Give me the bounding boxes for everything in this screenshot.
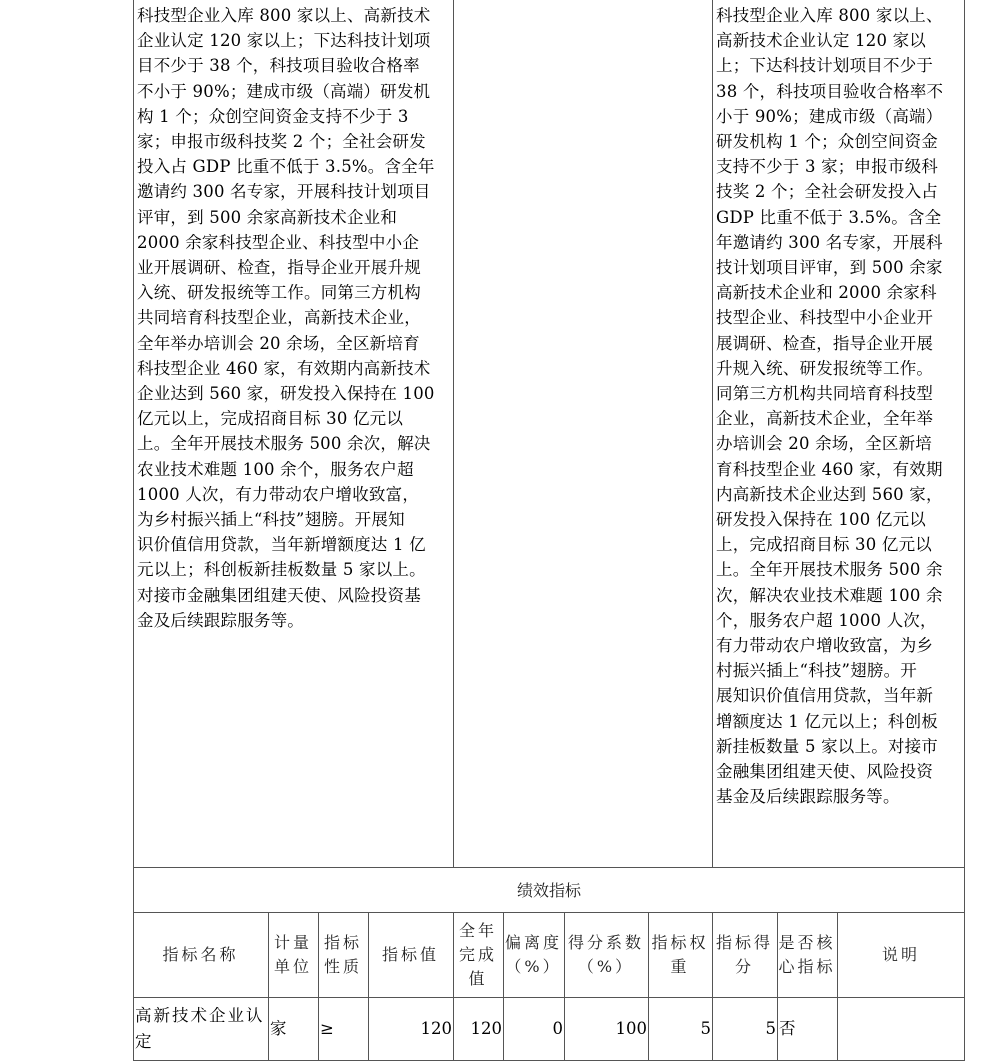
text-line: 展知识价值信用贷款，当年新 [716, 683, 964, 708]
text-line: 高新技术企业和 2000 余家科 [716, 280, 964, 305]
header-text: （%） [568, 955, 644, 979]
cell-border [133, 0, 134, 1061]
cell-nature: ≥ [320, 997, 367, 1060]
header-text: （%） [505, 955, 562, 979]
text-line: 基金及后续跟踪服务等。 [716, 784, 964, 809]
text-line: 入统、研发报统等工作。同第三方机构 [137, 280, 452, 305]
header-text: 偏离度 [505, 931, 562, 955]
cell-text: 高新技术企业认 [135, 1003, 265, 1029]
text-line: 个，服务农户超 1000 人次， [716, 608, 964, 633]
text-line: 企业达到 560 家，研发投入保持在 100 [137, 381, 452, 406]
text-line: 研发机构 1 个；众创空间资金 [716, 129, 964, 154]
cell-text: ≥ [320, 1018, 334, 1040]
cell-border [368, 912, 369, 1061]
text-line: 村振兴插上“科技”翅膀。开 [716, 658, 964, 683]
cell-text: 否 [779, 1018, 796, 1040]
cell-score-coefficient: 100 [566, 997, 647, 1060]
text-line: 1000 人次，有力带动农户增收致富， [137, 482, 452, 507]
text-line: 小于 90%；建成市级（高端） [716, 104, 964, 129]
cell-text: 0 [553, 1018, 564, 1040]
text-line: 评审，到 500 余家高新技术企业和 [137, 205, 452, 230]
text-line: 技计划项目评审，到 500 余家 [716, 255, 964, 280]
cell-text: 5 [701, 1018, 712, 1040]
section-title: 绩效指标 [133, 878, 965, 901]
cell-target-value: 120 [370, 997, 452, 1060]
cell-text: 定 [135, 1029, 265, 1055]
header-deviation: 偏离度（%） [503, 912, 564, 997]
header-text: 指标 [324, 931, 362, 955]
text-line: 目不少于 38 个，科技项目验收合格率 [137, 53, 452, 78]
cell-text: 120 [421, 1018, 453, 1040]
header-annual-actual: 全年完成值 [453, 912, 503, 997]
cell-border [712, 912, 713, 1061]
header-indicator-score: 指标得分 [712, 912, 777, 997]
cell-border [318, 912, 319, 1061]
header-note: 说明 [837, 912, 965, 997]
text-line: 亿元以上，完成招商目标 30 亿元以 [137, 406, 452, 431]
cell-deviation: 0 [505, 997, 563, 1060]
text-line: 金及后续跟踪服务等。 [137, 608, 452, 633]
text-line: 金融集团组建天使、风险投资 [716, 759, 964, 784]
cell-border [648, 912, 649, 1061]
right-description-text: 科技型企业入库 800 家以上、高新技术企业认定 120 家以上；下达科技计划项… [716, 3, 964, 810]
cell-border [777, 912, 778, 1061]
header-text: 单位 [274, 955, 312, 979]
text-line: 科技型企业入库 800 家以上、 [716, 3, 964, 28]
header-text: 完成 [459, 943, 497, 967]
header-score-coefficient: 得分系数（%） [564, 912, 648, 997]
cell-text: 家 [270, 1018, 287, 1040]
header-unit: 计量单位 [268, 912, 318, 997]
text-line: 增额度达 1 亿元以上；科创板 [716, 709, 964, 734]
cell-is-core: 否 [779, 997, 836, 1060]
header-indicator-name: 指标名称 [133, 912, 268, 997]
header-text: 分 [716, 955, 773, 979]
text-line: 元以上；科创板新挂板数量 5 家以上。 [137, 557, 452, 582]
cell-text: 5 [766, 1018, 777, 1040]
header-text: 得分系数 [568, 931, 644, 955]
header-text: 指标值 [382, 943, 439, 967]
text-line: 支持不少于 3 家；申报市级科 [716, 154, 964, 179]
text-line: 科技型企业 460 家，有效期内高新技术 [137, 356, 452, 381]
cell-border [712, 0, 713, 868]
header-nature: 指标性质 [318, 912, 368, 997]
header-text: 心指标 [778, 955, 835, 979]
text-line: 上；下达科技计划项目不少于 [716, 53, 964, 78]
text-line: 识价值信用贷款，当年新增额度达 1 亿 [137, 532, 452, 557]
text-line: GDP 比重不低于 3.5%。含全 [716, 205, 964, 230]
text-line: 新挂板数量 5 家以上。对接市 [716, 734, 964, 759]
cell-text: 120 [471, 1018, 503, 1040]
text-line: 企业，高新技术企业，全年举 [716, 406, 964, 431]
left-description-text: 科技型企业入库 800 家以上、高新技术企业认定 120 家以上；下达科技计划项… [137, 3, 452, 633]
text-line: 研发投入保持在 100 亿元以 [716, 507, 964, 532]
cell-indicator-score: 5 [714, 997, 776, 1060]
cell-border [453, 912, 454, 1061]
text-line: 升规入统、研发报统等工作。 [716, 356, 964, 381]
header-text: 重 [651, 955, 708, 979]
cell-annual-actual: 120 [455, 997, 502, 1060]
text-line: 企业认定 120 家以上；下达科技计划项 [137, 28, 452, 53]
cell-indicator-name: 高新技术企业认定 [135, 997, 267, 1060]
cell-text: 100 [616, 1018, 648, 1040]
text-line: 展调研、检查，指导企业开展 [716, 331, 964, 356]
header-text: 指标名称 [162, 943, 238, 967]
text-line: 办培训会 20 余场，全区新培 [716, 431, 964, 456]
cell-border [837, 912, 838, 1061]
cell-border [964, 0, 965, 1061]
header-text: 性质 [324, 955, 362, 979]
text-line: 构 1 个；众创空间资金支持不少于 3 [137, 104, 452, 129]
cell-border [503, 912, 504, 1061]
text-line: 对接市金融集团组建天使、风险投资基 [137, 583, 452, 608]
text-line: 内高新技术企业达到 560 家， [716, 482, 964, 507]
text-line: 投入占 GDP 比重不低于 3.5%。含全年 [137, 154, 452, 179]
text-line: 科技型企业入库 800 家以上、高新技术 [137, 3, 452, 28]
header-text: 说明 [882, 943, 920, 967]
cell-weight: 5 [650, 997, 711, 1060]
header-text: 是否核 [778, 931, 835, 955]
header-text: 值 [459, 967, 497, 991]
text-line: 农业技术难题 100 余个，服务农户超 [137, 457, 452, 482]
header-text: 全年 [459, 919, 497, 943]
cell-border [453, 0, 454, 868]
text-line: 为乡村振兴插上“科技”翅膀。开展知 [137, 507, 452, 532]
text-line: 业开展调研、检查，指导企业开展升规 [137, 255, 452, 280]
text-line: 邀请约 300 名专家，开展科技计划项目 [137, 179, 452, 204]
cell-border [133, 867, 965, 868]
header-text: 指标得 [716, 931, 773, 955]
text-line: 上，完成招商目标 30 亿元以 [716, 532, 964, 557]
text-line: 上。全年开展技术服务 500 余次，解决 [137, 431, 452, 456]
header-text: 指标权 [651, 931, 708, 955]
text-line: 2000 余家科技型企业、科技型中小企 [137, 230, 452, 255]
cell-unit: 家 [270, 997, 317, 1060]
text-line: 38 个，科技项目验收合格率不 [716, 79, 964, 104]
cell-border [133, 997, 965, 998]
cell-note [839, 997, 964, 1060]
cell-border [133, 912, 965, 913]
text-line: 有力带动农户增收致富，为乡 [716, 633, 964, 658]
text-line: 共同培育科技型企业，高新技术企业， [137, 305, 452, 330]
text-line: 家；申报市级科技奖 2 个；全社会研发 [137, 129, 452, 154]
text-line: 高新技术企业认定 120 家以 [716, 28, 964, 53]
text-line: 全年举办培训会 20 余场，全区新培育 [137, 331, 452, 356]
cell-border [268, 912, 269, 1061]
cell-border [564, 912, 565, 1061]
header-text: 计量 [274, 931, 312, 955]
text-line: 同第三方机构共同培育科技型 [716, 381, 964, 406]
text-line: 技型企业、科技型中小企业开 [716, 305, 964, 330]
text-line: 育科技型企业 460 家，有效期 [716, 457, 964, 482]
header-is-core: 是否核心指标 [777, 912, 837, 997]
header-target-value: 指标值 [368, 912, 453, 997]
header-weight: 指标权重 [648, 912, 712, 997]
text-line: 次，解决农业技术难题 100 余 [716, 583, 964, 608]
text-line: 上。全年开展技术服务 500 余 [716, 557, 964, 582]
text-line: 技奖 2 个；全社会研发投入占 [716, 179, 964, 204]
text-line: 年邀请约 300 名专家，开展科 [716, 230, 964, 255]
text-line: 不小于 90%；建成市级（高端）研发机 [137, 79, 452, 104]
